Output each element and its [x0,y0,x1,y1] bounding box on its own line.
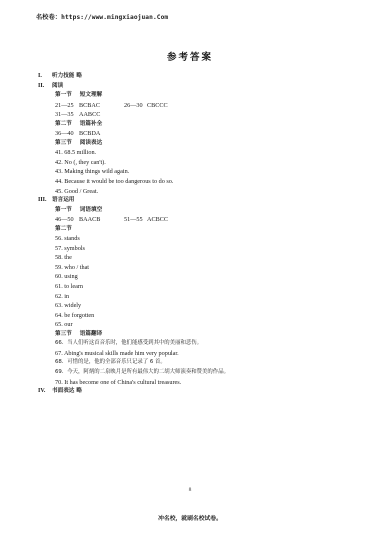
answers: BCBDA [79,129,124,139]
answer-item: 64. be forgotten [38,311,338,321]
answers: CBCCC [147,101,168,111]
answer-item: 43. Making things wild again. [38,167,338,177]
answer-item: 42. No (, they can't). [38,158,338,168]
question-range: 26—30 [124,101,147,111]
section-label: 书面表达 略 [52,388,82,394]
answers: AABCC [79,110,124,120]
part-name: 语篇补全 [80,121,102,127]
section-label: 听力技能 略 [52,73,82,79]
part-heading: 第一节词语填空 [38,206,338,216]
answer-item: 59. who / that [38,263,338,273]
part-label: 第一节 [55,207,72,213]
answer-item: 58. the [38,253,338,263]
section-listening: I.听力技能 略 [38,72,338,82]
section-label: 阅读 [52,83,63,89]
answer-item: 61. to learn [38,282,338,292]
translation-item: 66．当人们听这首音乐时，他们能感受到其中的美丽和悲伤。 [38,339,338,349]
part-label: 第二节 [55,121,72,127]
answer-item: 44. Because it would be too dangerous to… [38,177,338,187]
page-title: 参考答案 [0,49,380,63]
question-range: 36—40 [55,129,79,139]
part-name: 短文理解 [80,92,102,98]
footer-slogan: 冲名校，就刷名校试卷。 [0,513,380,522]
answers: ACBCC [147,215,168,225]
answer-row: 21—25BCBAC26—30CBCCC [38,101,338,111]
answer-key-content: I.听力技能 略 II.阅读 第一节短文理解 21—25BCBAC26—30CB… [38,72,338,397]
part-heading: 第二节语篇补全 [38,120,338,130]
answer-row: 46—50BAACB51—55ACBCC [38,215,338,225]
translation-item: 70. It has become one of China's cultura… [38,378,338,388]
answer-item: 62. in [38,292,338,302]
part-heading: 第三节语篇翻译 [38,330,338,340]
answer-item: 63. widely [38,301,338,311]
page-number: 8 [0,487,380,493]
part-heading: 第二节 [38,225,338,235]
part-heading: 第一节短文理解 [38,91,338,101]
question-range: 21—25 [55,101,79,111]
answer-item: 56. stands [38,234,338,244]
answer-item: 60. using [38,272,338,282]
part-name: 阅读表达 [80,140,102,146]
part-name: 语篇翻译 [80,331,102,337]
answer-item: 57. symbols [38,244,338,254]
part-label: 第二节 [55,226,72,232]
part-label: 第三节 [55,331,72,337]
answer-row: 36—40BCBDA [38,129,338,139]
part-label: 第一节 [55,92,72,98]
section-number: I. [38,72,52,82]
part-name: 词语填空 [80,207,102,213]
answer-row: 31—35AABCC [38,110,338,120]
header-url: 名校卷：https://www.mingxiaojuan.Com [36,12,168,21]
answers: BAACB [79,215,124,225]
translation-item: 68．可惜的是，他的全部音乐只记录了 6 首。 [38,358,338,368]
answers: BCBAC [79,101,124,111]
section-writing: IV.书面表达 略 [38,387,338,397]
section-number: III. [38,196,52,206]
answer-item: 45. Good / Great. [38,187,338,197]
section-reading: II.阅读 [38,82,338,92]
section-language-use: III.语言运用 [38,196,338,206]
answer-item: 41. 68.5 million. [38,148,338,158]
question-range: 51—55 [124,215,147,225]
section-label: 语言运用 [52,197,74,203]
answer-item: 65. our [38,320,338,330]
part-heading: 第三节阅读表达 [38,139,338,149]
question-range: 31—35 [55,110,79,120]
section-number: II. [38,82,52,92]
section-number: IV. [38,387,52,397]
translation-item: 69．今天，阿炳的二泉映月是所有最伟大的二胡大师演奏和赞美的作品。 [38,368,338,378]
part-label: 第三节 [55,140,72,146]
translation-item: 67. Abing's musical skills made him very… [38,349,338,359]
question-range: 46—50 [55,215,79,225]
